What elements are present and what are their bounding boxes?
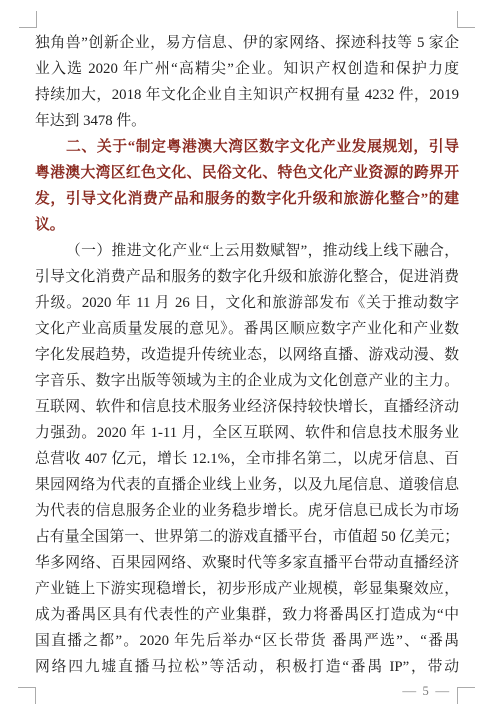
text-boundary-mark-top-right — [457, 11, 475, 28]
text-line: 果园网络为代表的直播企业线上业务，以及九尾信息、道骏信息 — [35, 472, 459, 498]
text-line: 年达到 3478 件。 — [35, 108, 459, 134]
text-line: 发，引导文化消费产品和服务的数字化升级和旅游化整合”的建 — [35, 186, 459, 212]
text-line: 总营收 407 亿元，增长 12.1%，全市排名第二，以虎牙信息、百 — [35, 446, 459, 472]
paragraph-measure-one: （一）推进文化产业“上云用数赋智”，推动线上线下融合，引导文化消费产品和服务的数… — [35, 238, 459, 680]
page-number-footer: — 5 — — [403, 683, 448, 699]
text-line: 网络四九墟直播马拉松”等活动，积极打造“番禺 IP”，带动 — [35, 654, 459, 680]
text-line: 字化发展趋势，改造提升传统业态，以网络直播、游戏动漫、数 — [35, 342, 459, 368]
text-boundary-mark-bottom-right — [457, 687, 475, 704]
text-line: 占有量全国第一、世界第二的游戏直播平台，市值超 50 亿美元； — [35, 524, 459, 550]
text-line: 二、关于“制定粤港澳大湾区数字文化产业发展规划，引导 — [35, 134, 459, 160]
page-number-dash-right: — — [435, 684, 449, 699]
text-line: 字音乐、数字出版等领域为主的企业成为文化创意产业的主力。 — [35, 368, 459, 394]
text-line: 业入选 2020 年广州“高精尖”企业。知识产权创造和保护力度 — [35, 56, 459, 82]
text-line: 国直播之都”。2020 年先后举办“区长带货 番禺严选”、“番禺 — [35, 628, 459, 654]
text-line: （一）推进文化产业“上云用数赋智”，推动线上线下融合， — [35, 238, 459, 264]
text-line: 持续加大，2018 年文化企业自主知识产权拥有量 4232 件，2019 — [35, 82, 459, 108]
text-line: 引导文化消费产品和服务的数字化升级和旅游化整合，促进消费 — [35, 264, 459, 290]
text-line: 华多网络、百果园网络、欢聚时代等多家直播平台带动直播经济 — [35, 550, 459, 576]
page-number-dash-left: — — [402, 684, 416, 699]
text-line: 议。 — [35, 212, 459, 238]
text-line: 为代表的信息服务企业的业务稳步增长。虎牙信息已成长为市场 — [35, 498, 459, 524]
page-number: 5 — [423, 684, 429, 699]
text-line: 力强劲。2020 年 1-11 月，全区互联网、软件和信息技术服务业 — [35, 420, 459, 446]
text-boundary-mark-bottom-left — [18, 687, 36, 704]
text-boundary-mark-top-left — [19, 11, 37, 28]
text-line: 独角兽”创新企业，易方信息、伊的家网络、探迹科技等 5 家企 — [35, 30, 459, 56]
text-line: 互联网、软件和信息技术服务业经济保持较快增长，直播经济动 — [35, 394, 459, 420]
paragraph-continuation-from-previous-page: 独角兽”创新企业，易方信息、伊的家网络、探迹科技等 5 家企业入选 2020 年… — [35, 30, 459, 134]
heading-suggestion-two: 二、关于“制定粤港澳大湾区数字文化产业发展规划，引导粤港澳大湾区红色文化、民俗文… — [35, 134, 459, 238]
document-page: 独角兽”创新企业，易方信息、伊的家网络、探迹科技等 5 家企业入选 2020 年… — [0, 0, 499, 709]
text-line: 产业链上下游实现稳增长，初步形成产业规模，彰显集聚效应， — [35, 576, 459, 602]
document-content: 独角兽”创新企业，易方信息、伊的家网络、探迹科技等 5 家企业入选 2020 年… — [35, 30, 459, 680]
text-line: 文化产业高质量发展的意见》。番禺区顺应数字产业化和产业数 — [35, 316, 459, 342]
text-line: 成为番禺区具有代表性的产业集群，致力将番禺区打造成为“中 — [35, 602, 459, 628]
text-line: 升级。2020 年 11 月 26 日，文化和旅游部发布《关于推动数字 — [35, 290, 459, 316]
text-line: 粤港澳大湾区红色文化、民俗文化、特色文化产业资源的跨界开 — [35, 160, 459, 186]
